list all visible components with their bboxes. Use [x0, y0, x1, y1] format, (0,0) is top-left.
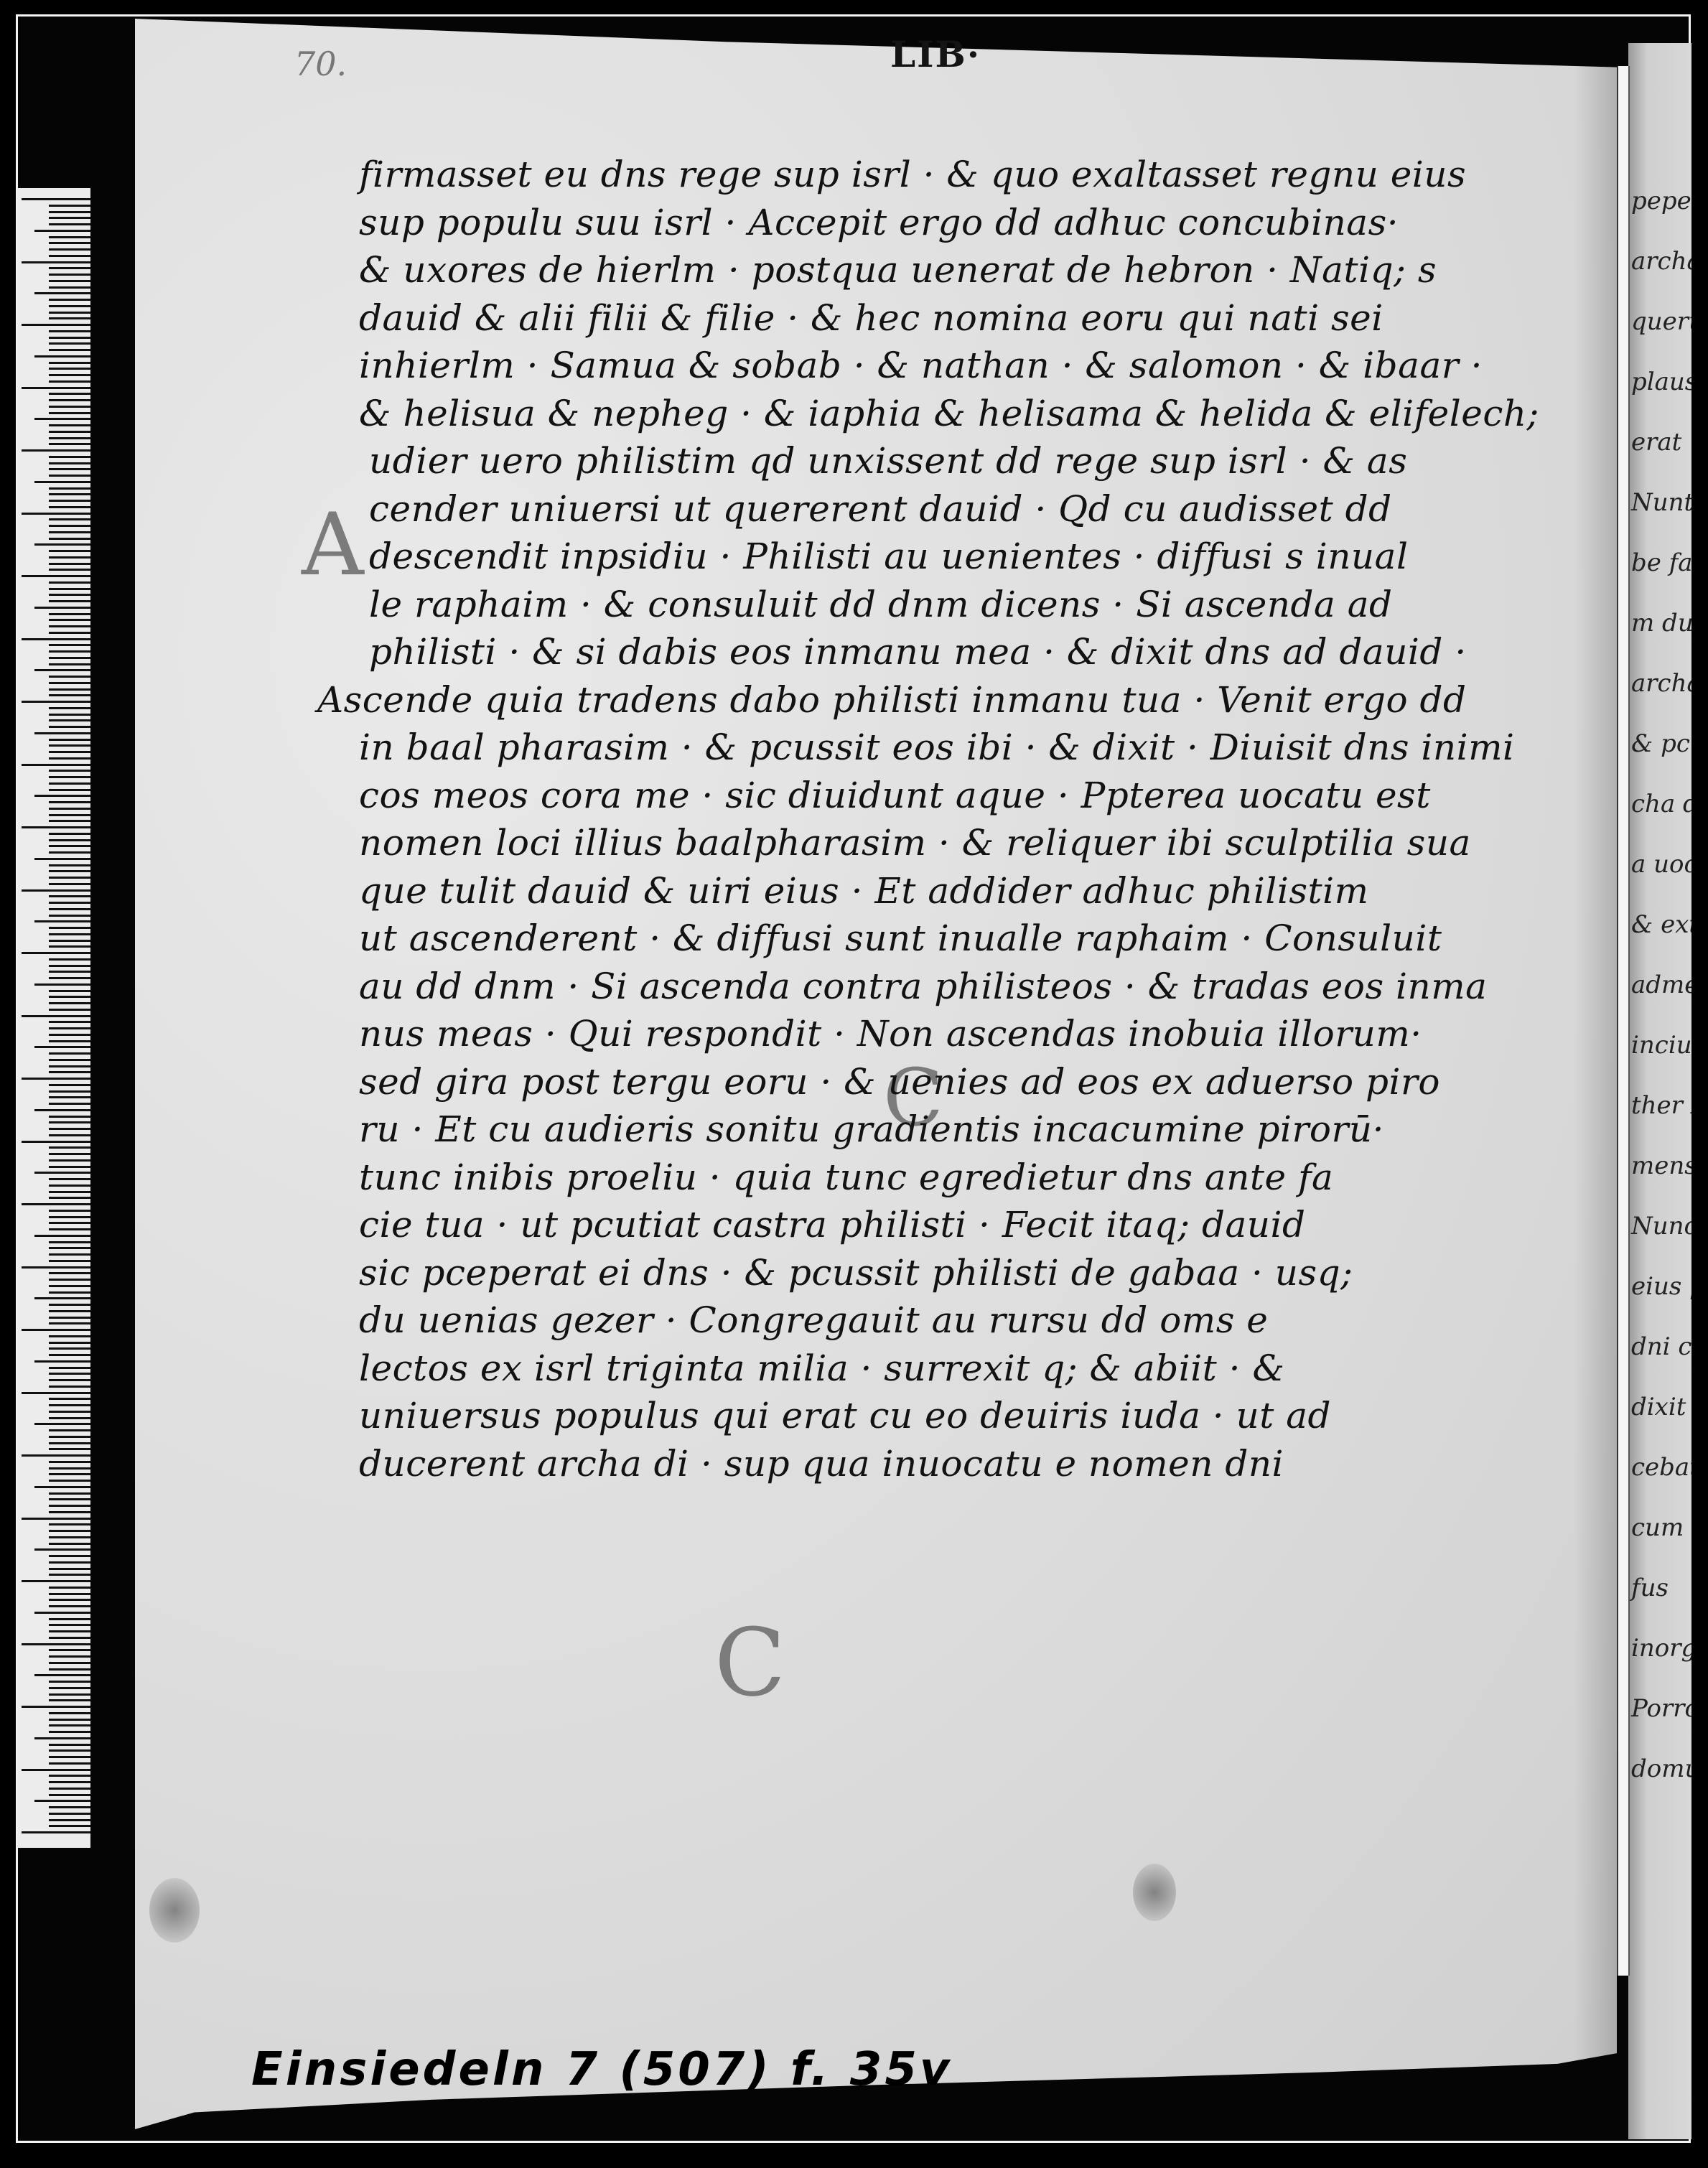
ruler-tick	[49, 506, 90, 508]
text-line: nomen loci illius baalpharasim · & reliq…	[359, 819, 1565, 867]
ruler-tick	[49, 1128, 90, 1130]
ruler-tick	[49, 1587, 90, 1589]
ruler-tick	[34, 1737, 90, 1739]
ruler-tick	[34, 1297, 90, 1299]
ruler-tick	[49, 751, 90, 753]
facing-page-text-fragment: fus	[1631, 1574, 1669, 1602]
text-line: le raphaim · & consuluit dd dnm dicens ·…	[359, 581, 1565, 629]
ruler-tick	[49, 726, 90, 728]
ruler-tick	[49, 1027, 90, 1029]
ruler-tick	[49, 927, 90, 929]
ruler-tick	[22, 638, 90, 640]
text-line: cos meos cora me · sic diuidunt aque · P…	[359, 772, 1565, 820]
ruler-tick	[49, 613, 90, 615]
facing-page-text-fragment: inorg	[1631, 1634, 1691, 1663]
ruler-tick	[22, 1266, 90, 1268]
ruler-tick	[49, 1285, 90, 1287]
text-line: in baal pharasim · & pcussit eos ibi · &…	[359, 724, 1565, 772]
ruler-tick	[49, 317, 90, 319]
text-line: Ascende quia tradens dabo philisti inman…	[317, 676, 1565, 724]
ruler-tick	[34, 1046, 90, 1048]
ruler-tick	[49, 977, 90, 979]
ruler-tick	[22, 1392, 90, 1394]
ruler-tick	[49, 1593, 90, 1595]
ruler-tick	[49, 274, 90, 276]
ruler-tick	[49, 632, 90, 634]
ruler-tick	[49, 1009, 90, 1011]
ruler-tick	[49, 594, 90, 596]
ruler-tick	[49, 456, 90, 458]
ruler-tick	[49, 739, 90, 741]
ruler-tick	[49, 1178, 90, 1180]
ruler-tick	[49, 1291, 90, 1294]
ruler-tick	[49, 600, 90, 602]
ruler-tick	[49, 1731, 90, 1733]
ruler-tick	[22, 324, 90, 326]
ruler-tick	[49, 990, 90, 992]
ruler-tick	[49, 801, 90, 803]
ruler-tick	[22, 1580, 90, 1582]
ruler-tick	[49, 958, 90, 961]
ruler-tick	[49, 1417, 90, 1419]
ruler-tick	[22, 889, 90, 892]
ruler-tick	[22, 1203, 90, 1205]
facing-page-text-fragment: queru	[1631, 307, 1691, 336]
ruler-tick	[49, 1813, 90, 1815]
ruler-tick	[49, 1310, 90, 1312]
ruler-tick	[49, 1272, 90, 1274]
ruler-tick	[49, 412, 90, 414]
ruler-tick	[22, 952, 90, 954]
manuscript-text: firmasset eu dns rege sup isrl · & quo e…	[359, 151, 1565, 1487]
ruler-tick	[49, 1448, 90, 1450]
ruler-tick	[22, 1329, 90, 1331]
text-line: ducerent archa di · sup qua inuocatu e n…	[359, 1440, 1565, 1488]
ruler-tick	[34, 1235, 90, 1237]
text-line: que tulit dauid & uiri eius · Et addider…	[359, 867, 1565, 915]
ruler-tick	[49, 1781, 90, 1783]
ruler-tick	[49, 1059, 90, 1061]
ruler-tick	[49, 1555, 90, 1557]
ruler-tick	[49, 940, 90, 942]
ruler-tick	[49, 1354, 90, 1356]
ruler-tick	[49, 475, 90, 477]
ruler-tick	[49, 1442, 90, 1444]
ruler-tick	[49, 870, 90, 872]
ruler-tick	[49, 776, 90, 778]
text-line: firmasset eu dns rege sup isrl · & quo e…	[359, 151, 1565, 199]
ruler-tick	[49, 1121, 90, 1123]
ruler-tick	[22, 387, 90, 389]
ruler-tick	[49, 782, 90, 785]
ruler-tick	[49, 1473, 90, 1475]
ruler-tick	[49, 1687, 90, 1689]
ruler-tick	[49, 1216, 90, 1218]
facing-page-text-fragment: plausti	[1631, 368, 1691, 396]
text-line: inhierlm · Samua & sobab · & nathan · & …	[359, 342, 1565, 390]
ruler-tick	[34, 920, 90, 922]
facing-page-text-fragment: erat	[1631, 428, 1681, 457]
ruler-tick	[49, 487, 90, 490]
ruler-tick	[34, 1172, 90, 1174]
ink-stain	[149, 1878, 200, 1943]
text-line: tunc inibis proeliu · quia tunc egrediet…	[359, 1154, 1565, 1202]
ruler-tick	[49, 1693, 90, 1696]
folio-number: 70.	[294, 45, 347, 83]
ruler-tick	[49, 1197, 90, 1199]
ruler-tick	[49, 1191, 90, 1193]
ruler-tick	[49, 1436, 90, 1438]
ruler-tick	[22, 826, 90, 828]
text-line: philisti · & si dabis eos inmanu mea · &…	[359, 628, 1565, 676]
facing-page-text-fragment: adme ar	[1631, 971, 1691, 999]
text-line: ut ascenderent · & diffusi sunt inualle …	[359, 915, 1565, 963]
ruler-tick	[49, 443, 90, 445]
ruler-tick	[49, 971, 90, 973]
ruler-tick	[49, 682, 90, 684]
ruler-tick	[49, 1630, 90, 1632]
ruler-tick	[49, 280, 90, 282]
ruler-tick	[34, 1674, 90, 1676]
ruler-tick	[22, 198, 90, 200]
ruler-tick	[22, 1078, 90, 1080]
facing-page-text-fragment: Nunt dii	[1631, 488, 1691, 517]
facing-page-text-fragment: cum ascende	[1631, 1513, 1691, 1542]
ruler-tick	[49, 1775, 90, 1777]
ruler-tick	[49, 299, 90, 301]
ruler-tick	[49, 1744, 90, 1746]
ruler-tick	[49, 1749, 90, 1752]
ruler-tick	[49, 305, 90, 307]
facing-page-text-fragment: dni cubenedic	[1631, 1332, 1691, 1361]
facing-page-text-fragment: inciuitat	[1631, 1031, 1691, 1060]
text-line: au dd dnm · Si ascenda contra philisteos…	[359, 963, 1565, 1011]
ruler-tick	[49, 569, 90, 571]
ruler-tick	[49, 845, 90, 847]
ruler-tick	[49, 1719, 90, 1721]
ruler-tick	[49, 1367, 90, 1369]
ruler-tick	[49, 1040, 90, 1042]
measurement-ruler	[17, 188, 90, 1848]
ruler-tick	[49, 330, 90, 332]
ruler-tick	[49, 223, 90, 225]
ruler-tick	[49, 707, 90, 709]
ruler-tick	[34, 732, 90, 734]
facing-page-text-fragment: cha di C	[1631, 790, 1691, 818]
ruler-tick	[49, 337, 90, 339]
ruler-tick	[49, 312, 90, 314]
ruler-tick	[22, 1141, 90, 1143]
ruler-tick	[49, 864, 90, 866]
ruler-tick	[34, 983, 90, 986]
ruler-tick	[49, 789, 90, 791]
text-line: & helisua & nepheg · & iaphia & helisama…	[359, 390, 1565, 438]
ruler-tick	[49, 808, 90, 810]
ruler-tick	[49, 242, 90, 244]
ruler-tick	[34, 1612, 90, 1614]
text-line: lectos ex isrl triginta milia · surrexit…	[359, 1345, 1565, 1393]
ruler-tick	[34, 1486, 90, 1488]
ruler-tick	[49, 267, 90, 269]
ruler-tick	[49, 1247, 90, 1249]
ruler-tick	[49, 1536, 90, 1538]
ruler-tick	[49, 588, 90, 590]
ruler-tick	[22, 1015, 90, 1017]
ruler-tick	[49, 757, 90, 760]
ruler-tick	[49, 1561, 90, 1564]
ruler-tick	[49, 1574, 90, 1576]
ruler-tick	[49, 1260, 90, 1262]
text-line: sup populu suu isrl · Accepit ergo dd ad…	[359, 199, 1565, 247]
ruler-tick	[49, 770, 90, 772]
ruler-tick	[49, 1228, 90, 1230]
ruler-tick	[49, 902, 90, 904]
ruler-tick	[49, 1084, 90, 1086]
text-line: ru · Et cu audieris sonitu gradientis in…	[359, 1106, 1565, 1154]
ruler-tick	[49, 1568, 90, 1570]
ruler-tick	[49, 839, 90, 841]
ruler-tick	[49, 462, 90, 464]
text-line: cender uniuersi ut quererent dauid · Qd …	[359, 485, 1565, 533]
text-line: uniuersus populus qui erat cu eo deuiris…	[359, 1392, 1565, 1440]
ruler-tick	[49, 393, 90, 395]
facing-page-text-fragment: & pcussit	[1631, 729, 1691, 758]
ruler-tick	[49, 349, 90, 351]
ruler-tick	[49, 694, 90, 696]
ruler-tick	[49, 399, 90, 401]
ruler-tick	[49, 1404, 90, 1406]
ruler-tick	[49, 1386, 90, 1388]
ruler-tick	[49, 1146, 90, 1149]
ruler-tick	[34, 795, 90, 797]
facing-page-text-fragment: a uocatu	[1631, 850, 1691, 879]
ruler-tick	[49, 563, 90, 565]
ruler-tick	[49, 255, 90, 257]
text-line: & uxores de hierlm · postqua uenerat de …	[359, 246, 1565, 294]
ruler-tick	[49, 1498, 90, 1500]
ruler-tick	[49, 1530, 90, 1532]
text-line: dauid & alii filii & filie · & hec nomin…	[359, 294, 1565, 342]
ruler-tick	[49, 833, 90, 835]
ruler-tick	[49, 619, 90, 621]
ruler-tick	[49, 538, 90, 540]
ruler-tick	[49, 1090, 90, 1093]
ruler-tick	[22, 449, 90, 452]
ruler-tick	[49, 1322, 90, 1324]
ruler-tick	[49, 714, 90, 716]
ruler-tick	[34, 355, 90, 358]
facing-page-text-fragment: archa di	[1631, 669, 1691, 698]
ruler-tick	[49, 1002, 90, 1004]
ruler-tick	[49, 1103, 90, 1105]
ruler-tick	[22, 575, 90, 577]
ruler-tick	[49, 945, 90, 948]
ruler-tick	[34, 418, 90, 420]
ruler-tick	[49, 663, 90, 665]
ruler-tick	[49, 1699, 90, 1701]
text-line: descendit inpsidiu · Philisti au uenient…	[359, 533, 1565, 581]
ruler-tick	[22, 1518, 90, 1520]
ink-stain	[1133, 1864, 1176, 1921]
ruler-tick	[49, 1052, 90, 1055]
facing-page-text-fragment: & extimui	[1631, 910, 1691, 939]
ruler-tick	[49, 908, 90, 910]
ruler-tick	[49, 406, 90, 408]
ruler-tick	[49, 1492, 90, 1495]
ruler-tick	[34, 481, 90, 483]
facing-page-text-fragment: be factis	[1631, 548, 1691, 577]
ruler-tick	[49, 437, 90, 439]
ruler-tick	[49, 1712, 90, 1714]
decorated-initial-c-large: C	[714, 1608, 785, 1717]
ruler-tick	[49, 380, 90, 383]
ruler-tick	[49, 1342, 90, 1344]
facing-page-text-fragment: eius ppt archi	[1631, 1272, 1691, 1301]
ruler-tick	[34, 1800, 90, 1802]
ruler-tick	[49, 374, 90, 376]
ruler-tick	[49, 1605, 90, 1607]
shelfmark-label: Einsiedeln 7 (507) f. 35v	[251, 2043, 953, 2096]
ruler-tick	[34, 1360, 90, 1363]
facing-page-text-fragment: cebat	[1631, 1453, 1691, 1482]
ruler-tick	[49, 744, 90, 747]
ruler-tick	[49, 1096, 90, 1098]
ruler-tick	[49, 368, 90, 370]
ruler-tick	[49, 248, 90, 251]
ruler-tick	[49, 1668, 90, 1671]
ruler-tick	[49, 1116, 90, 1118]
ruler-tick	[49, 424, 90, 426]
ruler-tick	[49, 518, 90, 520]
ruler-tick	[49, 556, 90, 559]
ruler-tick	[49, 1543, 90, 1545]
ruler-tick	[49, 676, 90, 678]
ruler-tick	[49, 362, 90, 364]
ruler-tick	[49, 1756, 90, 1758]
ruler-tick	[49, 205, 90, 207]
ruler-tick	[49, 525, 90, 527]
ruler-tick	[49, 468, 90, 470]
text-line: cie tua · ut pcutiat castra philisti · F…	[359, 1201, 1565, 1249]
ruler-tick	[49, 1599, 90, 1601]
ruler-tick	[49, 1065, 90, 1067]
ruler-tick	[49, 1411, 90, 1413]
ruler-tick	[49, 625, 90, 627]
ruler-tick	[49, 688, 90, 691]
text-line: du uenias gezer · Congregauit au rursu d…	[359, 1296, 1565, 1345]
ruler-tick	[49, 1373, 90, 1375]
ruler-tick	[49, 820, 90, 822]
text-line: sed gira post tergu eoru · & uenies ad e…	[359, 1058, 1565, 1106]
ruler-tick	[49, 1819, 90, 1821]
ruler-tick	[49, 1222, 90, 1224]
ruler-tick	[49, 650, 90, 653]
ruler-tick	[49, 1379, 90, 1381]
decorated-initial-a: A	[302, 495, 364, 595]
ruler-tick	[49, 996, 90, 998]
ruler-tick	[34, 858, 90, 860]
ruler-tick	[49, 500, 90, 502]
ruler-tick	[49, 493, 90, 495]
ruler-tick	[34, 607, 90, 609]
facing-page-text-fragment: ther Et	[1631, 1091, 1691, 1120]
ruler-tick	[49, 431, 90, 433]
ruler-tick	[49, 531, 90, 533]
ruler-tick	[49, 1724, 90, 1727]
text-line: nus meas · Qui respondit · Non ascendas …	[359, 1010, 1565, 1058]
running-head: LIB·	[890, 33, 981, 75]
ruler-tick	[22, 1769, 90, 1771]
ruler-tick	[34, 543, 90, 546]
ruler-tick	[49, 644, 90, 646]
facing-page-text-fragment: domus isrl	[1631, 1755, 1691, 1783]
ruler-tick	[49, 1034, 90, 1036]
ruler-tick	[49, 1398, 90, 1400]
ruler-tick	[49, 211, 90, 213]
ruler-tick	[49, 1624, 90, 1626]
ruler-tick	[22, 701, 90, 703]
ruler-tick	[49, 1523, 90, 1525]
ruler-tick	[49, 1794, 90, 1796]
facing-page-edge: pepercuitarcha diqueruplaustieratNunt di…	[1628, 43, 1691, 2139]
ruler-tick	[22, 513, 90, 515]
gutter-strip	[1617, 66, 1630, 1976]
ruler-tick	[49, 1762, 90, 1765]
ruler-tick	[34, 292, 90, 294]
ruler-tick	[49, 1649, 90, 1651]
ruler-tick	[34, 1548, 90, 1551]
ruler-tick	[22, 1831, 90, 1833]
ruler-tick	[49, 1662, 90, 1664]
ruler-tick	[22, 261, 90, 263]
ruler-tick	[49, 1480, 90, 1482]
ruler-tick	[49, 883, 90, 885]
ruler-tick	[49, 933, 90, 935]
ruler-tick	[49, 1335, 90, 1337]
ruler-tick	[49, 915, 90, 917]
ruler-tick	[49, 1159, 90, 1162]
ruler-tick	[49, 1153, 90, 1155]
ruler-tick	[49, 1166, 90, 1168]
ruler-tick	[49, 1511, 90, 1513]
ruler-tick	[49, 217, 90, 219]
ruler-tick	[49, 719, 90, 721]
facing-page-text-fragment: dixit archa	[1631, 1393, 1691, 1421]
ruler-tick	[49, 1825, 90, 1827]
ruler-tick	[22, 1643, 90, 1645]
text-line: sic pceperat ei dns · & pcussit philisti…	[359, 1249, 1565, 1297]
ruler-tick	[49, 550, 90, 552]
ruler-tick	[22, 764, 90, 766]
ruler-tick	[49, 1210, 90, 1212]
ruler-tick	[49, 1467, 90, 1470]
ruler-tick	[22, 1706, 90, 1708]
facing-page-text-fragment: pepercuit	[1631, 187, 1691, 215]
ruler-tick	[49, 1637, 90, 1639]
ruler-tick	[49, 1461, 90, 1463]
ruler-tick	[49, 1317, 90, 1319]
ruler-tick	[49, 1021, 90, 1023]
ruler-tick	[49, 1304, 90, 1306]
ruler-tick	[49, 814, 90, 816]
text-line: udier uero philistim qd unxissent dd reg…	[359, 437, 1565, 485]
ruler-tick	[34, 669, 90, 671]
facing-page-text-fragment: Porro dd	[1631, 1694, 1691, 1723]
ruler-tick	[49, 1279, 90, 1281]
ruler-tick	[49, 1655, 90, 1658]
ruler-tick	[49, 1681, 90, 1683]
ruler-tick	[49, 1618, 90, 1620]
